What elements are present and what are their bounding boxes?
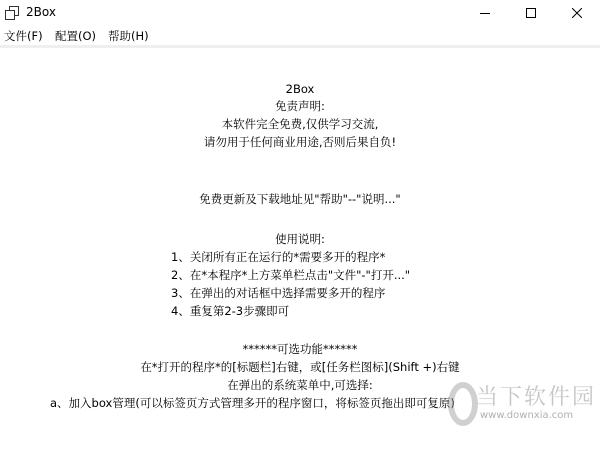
usage-step-3: 3、在弹出的对话框中选择需要多开的程序 (171, 285, 600, 301)
menu-config[interactable]: 配置(O) (55, 28, 96, 44)
title-bar[interactable]: 2Box (0, 0, 600, 26)
close-icon (572, 8, 582, 18)
menu-help[interactable]: 帮助(H) (108, 28, 149, 44)
menu-file[interactable]: 文件(F) (4, 28, 43, 44)
optional-line-1: 在*打开的程序*的[标题栏]右键，或[任务栏图标](Shift +)右键 (0, 359, 600, 375)
app-name-heading: 2Box (0, 81, 600, 97)
optional-line-2: 在弹出的系统菜单中,可选择: (0, 377, 600, 393)
optional-item-a: a、加入box管理(可以标签页方式管理多开的程序窗口，将标签页拖出即可复原) (50, 395, 600, 411)
optional-features-heading: ******可选功能****** (0, 341, 600, 357)
close-button[interactable] (554, 0, 600, 26)
menu-bar: 文件(F) 配置(O) 帮助(H) (0, 26, 600, 45)
maximize-icon (526, 8, 536, 18)
usage-step-2: 2、在*本程序*上方菜单栏点击"文件"-"打开..." (171, 267, 600, 283)
maximize-button[interactable] (508, 0, 554, 26)
update-info: 免费更新及下载地址见"帮助"--"说明..." (0, 191, 600, 207)
disclaimer-line-2: 请勿用于任何商业用途,否则后果自负! (0, 134, 600, 150)
app-icon (5, 5, 19, 19)
usage-step-4: 4、重复第2-3步骤即可 (171, 303, 600, 319)
disclaimer-line-1: 本软件完全免费,仅供学习交流, (0, 116, 600, 132)
minimize-icon (480, 8, 490, 18)
info-panel: 2Box 免责声明: 本软件完全免费,仅供学习交流, 请勿用于任何商业用途,否则… (0, 48, 600, 455)
disclaimer-heading: 免责声明: (0, 98, 600, 114)
minimize-button[interactable] (462, 0, 508, 26)
usage-heading: 使用说明: (0, 231, 600, 247)
usage-step-1: 1、关闭所有正在运行的*需要多开的程序* (171, 249, 600, 265)
window-title: 2Box (26, 5, 56, 19)
